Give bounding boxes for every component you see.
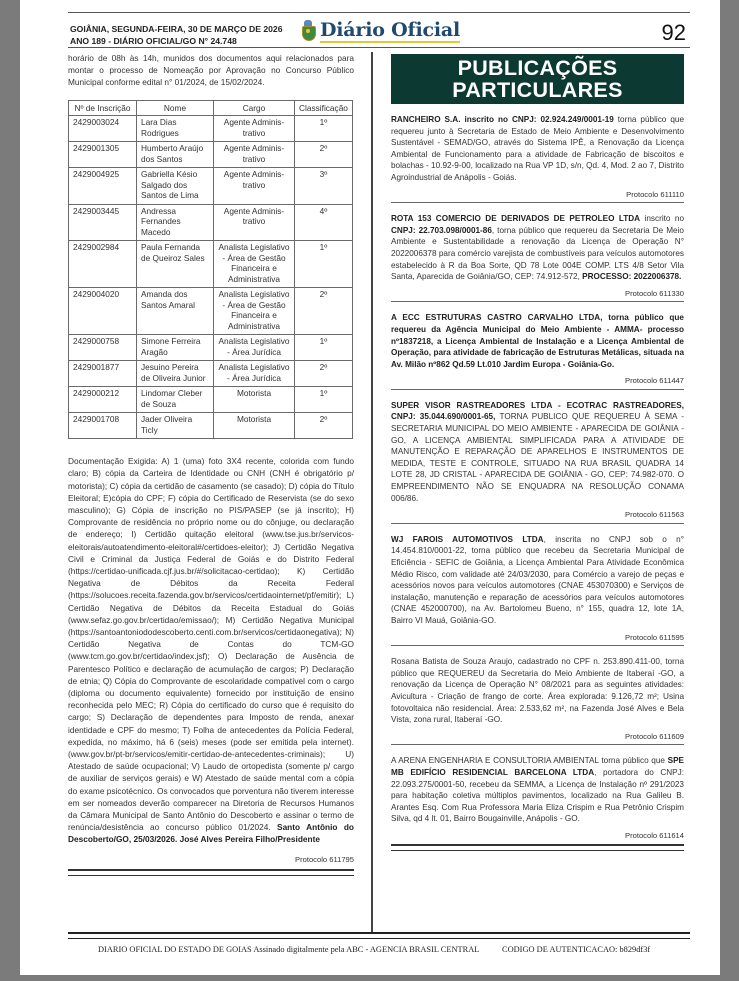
cell-nome: Lara Dias Rodrigues: [137, 116, 214, 142]
cell-nome: Jesuino Pereira de Oliveira Junior: [137, 361, 214, 387]
table-header-row: Nº de Inscrição Nome Cargo Classificação: [69, 100, 353, 116]
diario-oficial-logo: Diário Oficial: [300, 18, 460, 44]
header-dateline: GOIÂNIA, SEGUNDA-FEIRA, 30 DE MARÇO DE 2…: [70, 23, 283, 47]
header-city-date: GOIÂNIA, SEGUNDA-FEIRA, 30 DE MARÇO DE 2…: [70, 23, 283, 35]
cell-cargo: Motorista: [214, 413, 295, 439]
cell-cargo: Agente Adminis-trativo: [214, 204, 295, 241]
cell-nome: Andressa Fernandes Macedo: [137, 204, 214, 241]
table-row: 2429002984Paula Fernanda de Queiroz Sale…: [69, 241, 353, 288]
notice-rosana-araujo: Rosana Batista de Souza Araujo, cadastra…: [391, 656, 684, 742]
notice-body: A ARENA ENGENHARIA E CONSULTORIA AMBIENT…: [391, 756, 668, 765]
cell-inscricao: 2429000212: [69, 387, 137, 413]
footer-auth-code: CODIGO DE AUTENTICACAO: b829df3f: [502, 945, 650, 954]
page-number: 92: [662, 20, 686, 46]
cell-cargo: Analista Legislativo - Área Jurídica: [214, 361, 295, 387]
rule-divider: [391, 202, 684, 203]
column-divider: [371, 52, 373, 932]
candidates-table-body: 2429003024Lara Dias RodriguesAgente Admi…: [69, 116, 353, 439]
cell-cargo: Agente Adminis-trativo: [214, 142, 295, 168]
section-banner: PUBLICAÇÕES PARTICULARES: [391, 54, 684, 104]
candidates-table: Nº de Inscrição Nome Cargo Classificação…: [68, 100, 353, 440]
cell-classificacao: 1º: [295, 335, 353, 361]
cell-nome: Lindomar Cleber de Souza: [137, 387, 214, 413]
protocol-number: Protocolo 611447: [391, 375, 684, 387]
notice-rota-153: ROTA 153 COMERCIO DE DERIVADOS DE PETROL…: [391, 213, 684, 299]
notice-arena-engenharia: A ARENA ENGENHARIA E CONSULTORIA AMBIENT…: [391, 755, 684, 841]
right-column: PUBLICAÇÕES PARTICULARES RANCHEIRO S.A. …: [385, 52, 690, 851]
notice-super-visor: SUPER VISOR RASTREADORES LTDA - ECOTRAC …: [391, 400, 684, 521]
table-row: 2429000758Simone Ferreira AragãoAnalista…: [69, 335, 353, 361]
footer-signature-note: DIARIO OFICIAL DO ESTADO DE GOIAS Assina…: [98, 945, 479, 954]
double-rule-divider: [391, 844, 684, 851]
notice-lead: WJ FAROIS AUTOMOTIVOS LTDA: [391, 535, 544, 544]
cell-classificacao: 1º: [295, 116, 353, 142]
notice-lead: RANCHEIRO S.A. inscrito no CNPJ: 02.924.…: [391, 115, 614, 124]
left-column: horário de 08h às 14h, munidos dos docum…: [68, 52, 354, 876]
cell-nome: Gabriella Késio Salgado dos Santos de Li…: [137, 168, 214, 205]
col-header-nome: Nome: [137, 100, 214, 116]
protocol-number: Protocolo 611110: [391, 189, 684, 201]
logo-text: Diário Oficial: [320, 19, 460, 43]
cell-inscricao: 2429001305: [69, 142, 137, 168]
notice-lead: ROTA 153 COMERCIO DE DERIVADOS DE PETROL…: [391, 214, 640, 223]
notice-wj-farois: WJ FAROIS AUTOMOTIVOS LTDA, inscrita no …: [391, 534, 684, 643]
newspaper-page: GOIÂNIA, SEGUNDA-FEIRA, 30 DE MARÇO DE 2…: [20, 0, 720, 975]
cell-classificacao: 2º: [295, 288, 353, 335]
footer-double-rule: [68, 932, 690, 939]
cell-inscricao: 2429002984: [69, 241, 137, 288]
rule-divider: [391, 523, 684, 524]
col-header-classificacao: Classificação: [295, 100, 353, 116]
cell-cargo: Analista Legislativo - Área de Gestão Fi…: [214, 241, 295, 288]
cell-classificacao: 1º: [295, 241, 353, 288]
protocol-number: Protocolo 611609: [391, 731, 684, 743]
notice-text: A ECC ESTRUTURAS CASTRO CARVALHO LTDA, t…: [391, 313, 684, 368]
banner-line-1: PUBLICAÇÕES: [391, 57, 684, 79]
protocol-number: Protocolo 611795: [68, 854, 354, 866]
cell-cargo: Analista Legislativo - Área Jurídica: [214, 335, 295, 361]
cell-inscricao: 2429003024: [69, 116, 137, 142]
protocol-number: Protocolo 611614: [391, 830, 684, 842]
banner-line-2: PARTICULARES: [391, 79, 684, 101]
cell-nome: Simone Ferreira Aragão: [137, 335, 214, 361]
notice-body: inscrito no: [640, 214, 684, 223]
cell-cargo: Agente Adminis-trativo: [214, 116, 295, 142]
table-row: 2429003024Lara Dias RodriguesAgente Admi…: [69, 116, 353, 142]
cell-inscricao: 2429001877: [69, 361, 137, 387]
cell-cargo: Analista Legislativo - Área de Gestão Fi…: [214, 288, 295, 335]
page-header: GOIÂNIA, SEGUNDA-FEIRA, 30 DE MARÇO DE 2…: [68, 12, 690, 48]
table-row: 2429001708Jader Oliveira TiclyMotorista2…: [69, 413, 353, 439]
table-row: 2429001305Humberto Araújo dos SantosAgen…: [69, 142, 353, 168]
notice-cnpj: CNPJ: 22.703.098/0001-86: [391, 226, 492, 235]
cell-classificacao: 3º: [295, 168, 353, 205]
header-edition: ANO 189 - DIÁRIO OFICIAL/GO N° 24.748: [70, 35, 283, 47]
notice-rancheiro: RANCHEIRO S.A. inscrito no CNPJ: 02.924.…: [391, 114, 684, 200]
table-row: 2429004020Amanda dos Santos AmaralAnalis…: [69, 288, 353, 335]
cell-inscricao: 2429004925: [69, 168, 137, 205]
cell-inscricao: 2429004020: [69, 288, 137, 335]
cell-cargo: Motorista: [214, 387, 295, 413]
notice-body: , inscrita no CNPJ sob o n° 14.454.810/0…: [391, 535, 684, 625]
rule-divider: [391, 645, 684, 646]
cell-classificacao: 2º: [295, 413, 353, 439]
cell-nome: Jader Oliveira Ticly: [137, 413, 214, 439]
cell-classificacao: 2º: [295, 142, 353, 168]
col-header-cargo: Cargo: [214, 100, 295, 116]
cell-nome: Paula Fernanda de Queiroz Sales: [137, 241, 214, 288]
notice-body: TORNA PUBLICO QUE REQUEREU À SEMA - SECR…: [391, 412, 684, 502]
cell-inscricao: 2429000758: [69, 335, 137, 361]
cell-inscricao: 2429003445: [69, 204, 137, 241]
rule-divider: [391, 744, 684, 745]
notice-ecc-estruturas: A ECC ESTRUTURAS CASTRO CARVALHO LTDA, t…: [391, 312, 684, 387]
notice-process: PROCESSO: 2022006378.: [582, 272, 681, 281]
required-documents-paragraph: Documentação Exigida: A) 1 (uma) foto 3X…: [68, 455, 354, 846]
cell-classificacao: 4º: [295, 204, 353, 241]
table-row: 2429004925Gabriella Késio Salgado dos Sa…: [69, 168, 353, 205]
table-row: 2429000212Lindomar Cleber de SouzaMotori…: [69, 387, 353, 413]
cell-nome: Amanda dos Santos Amaral: [137, 288, 214, 335]
cell-cargo: Agente Adminis-trativo: [214, 168, 295, 205]
protocol-number: Protocolo 611330: [391, 288, 684, 300]
notice-body: torna público que requereu junto à Secre…: [391, 115, 684, 182]
rule-divider: [391, 301, 684, 302]
col-header-inscricao: Nº de Inscrição: [69, 100, 137, 116]
protocol-number: Protocolo 611595: [391, 632, 684, 644]
rule-divider: [391, 389, 684, 390]
table-row: 2429001877Jesuino Pereira de Oliveira Ju…: [69, 361, 353, 387]
protocol-number: Protocolo 611563: [391, 509, 684, 521]
goias-coat-of-arms-icon: [300, 20, 316, 42]
double-rule-divider: [68, 869, 354, 876]
notice-body: Rosana Batista de Souza Araujo, cadastra…: [391, 657, 684, 724]
cell-classificacao: 1º: [295, 387, 353, 413]
documents-text: Documentação Exigida: A) 1 (uma) foto 3X…: [68, 456, 354, 832]
table-row: 2429003445Andressa Fernandes MacedoAgent…: [69, 204, 353, 241]
intro-paragraph: horário de 08h às 14h, munidos dos docum…: [68, 52, 354, 89]
cell-classificacao: 2º: [295, 361, 353, 387]
cell-inscricao: 2429001708: [69, 413, 137, 439]
cell-nome: Humberto Araújo dos Santos: [137, 142, 214, 168]
